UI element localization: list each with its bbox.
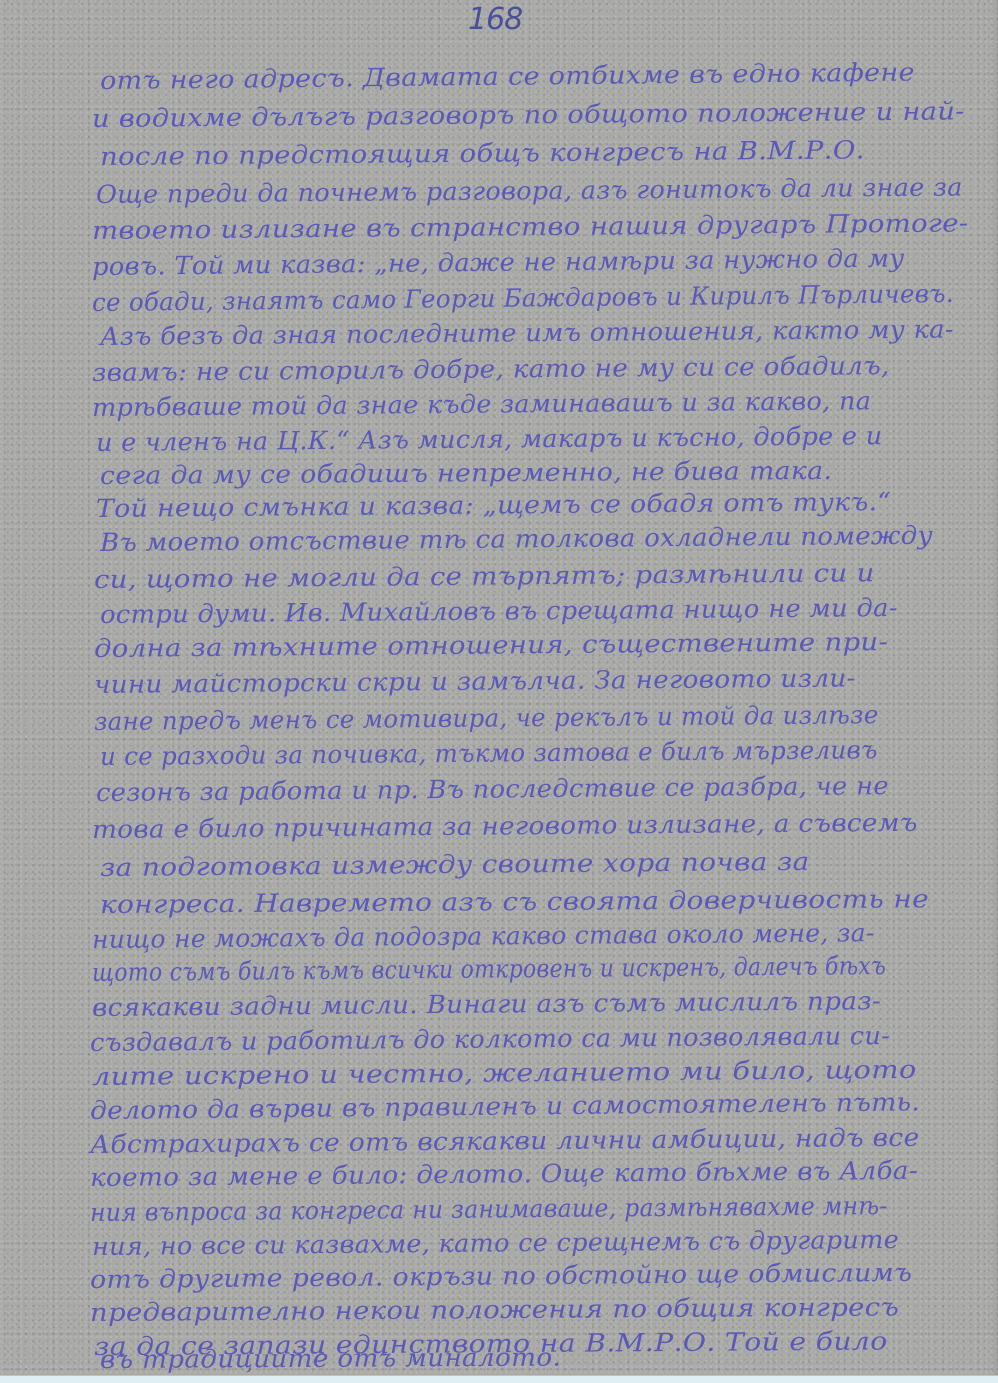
- manuscript-line: и се разходи за почивка, тъкмо затова е …: [100, 735, 878, 772]
- manuscript-line: и е членъ на Ц.К.“ Азъ мисля, макаръ и к…: [96, 421, 883, 458]
- manuscript-line: ровъ. Той ми казва: „не, даже не намѣри …: [92, 243, 905, 282]
- manuscript-line: всякакви задни мисли. Винаги азъ съмъ ми…: [92, 986, 881, 1023]
- paper-edge-shadow: [992, 0, 998, 1375]
- manuscript-line: отъ него адресъ. Двамата се отбихме въ е…: [100, 57, 915, 96]
- manuscript-line: сега да му се обадишъ непременно, не бив…: [100, 456, 832, 491]
- manuscript-line: Още преди да почнемъ разговора, азъ гони…: [96, 172, 963, 210]
- manuscript-line: Азъ безъ да зная последните имъ отношени…: [100, 315, 954, 352]
- manuscript-line: звамъ: не си сторилъ добре, като не му с…: [92, 351, 890, 388]
- manuscript-line: ния, но все си казвахме, като се срещнем…: [92, 1225, 899, 1262]
- manuscript-line: създавалъ и работилъ до колкото са ми по…: [90, 1021, 890, 1058]
- manuscript-line: и водихме дълъгъ разговоръ по общото пол…: [92, 96, 965, 134]
- manuscript-line: Въ моето отсъствие тѣ са толкова охладне…: [100, 521, 933, 558]
- manuscript-line: твоето излизане въ странство нашия друга…: [92, 208, 969, 246]
- manuscript-line: долна за тѣхните отношения, съществените…: [94, 627, 888, 664]
- manuscript-line: трѣбваше той да знае къде заминавашъ и з…: [92, 386, 871, 423]
- manuscript-page: 168 отъ него адресъ. Двамата се отбихме …: [0, 0, 998, 1375]
- manuscript-line: си, щото не могли да се търпятъ; размѣни…: [94, 558, 875, 595]
- manuscript-line: нищо не можахъ да подозра какво става ок…: [92, 918, 875, 955]
- manuscript-line: делото да върви въ правиленъ и самостоят…: [90, 1087, 920, 1126]
- manuscript-line: предварително некои положения по общия к…: [90, 1292, 899, 1328]
- manuscript-line: щото съмъ билъ къмъ всички откровенъ и и…: [92, 951, 886, 988]
- manuscript-line: което за мене е било: делото. Още като б…: [90, 1156, 918, 1193]
- manuscript-line: Абстрахирахъ се отъ всякакви лични амбиц…: [90, 1123, 920, 1160]
- manuscript-line: после по предстоящия общъ конгресъ на В.…: [100, 135, 865, 172]
- manuscript-line: това е било причината за неговото излиза…: [92, 808, 918, 845]
- manuscript-line: чини майсторски скри и замълча. За негов…: [94, 663, 856, 700]
- manuscript-line: зане предъ менъ се мотивира, че рекълъ и…: [94, 700, 879, 737]
- manuscript-line: за подготовка измежду своите хора почва …: [100, 847, 810, 883]
- manuscript-line: остри думи. Ив. Михайловъ въ срещата нищ…: [100, 593, 898, 630]
- scan-bottom-border: [0, 1375, 998, 1383]
- manuscript-line: ния въпроса за конгреса ни занимаваше, р…: [90, 1191, 888, 1228]
- manuscript-line: лите искрено и честно, желанието ми било…: [92, 1055, 917, 1092]
- manuscript-line: се обади, знаятъ само Георги Баждаровъ и…: [92, 279, 954, 318]
- manuscript-line: Той нещо смънка и казва: „щемъ се обадя …: [96, 487, 892, 524]
- manuscript-line: въ традициите отъ миналото.: [100, 1343, 561, 1375]
- manuscript-line: сезонъ за работа и пр. Въ последствие се…: [96, 771, 889, 808]
- manuscript-line: конгреса. Навремето азъ съ своята доверч…: [100, 884, 929, 920]
- manuscript-line: отъ другите револ. окръзи по обстойно ще…: [90, 1258, 913, 1295]
- page-number: 168: [468, 2, 522, 37]
